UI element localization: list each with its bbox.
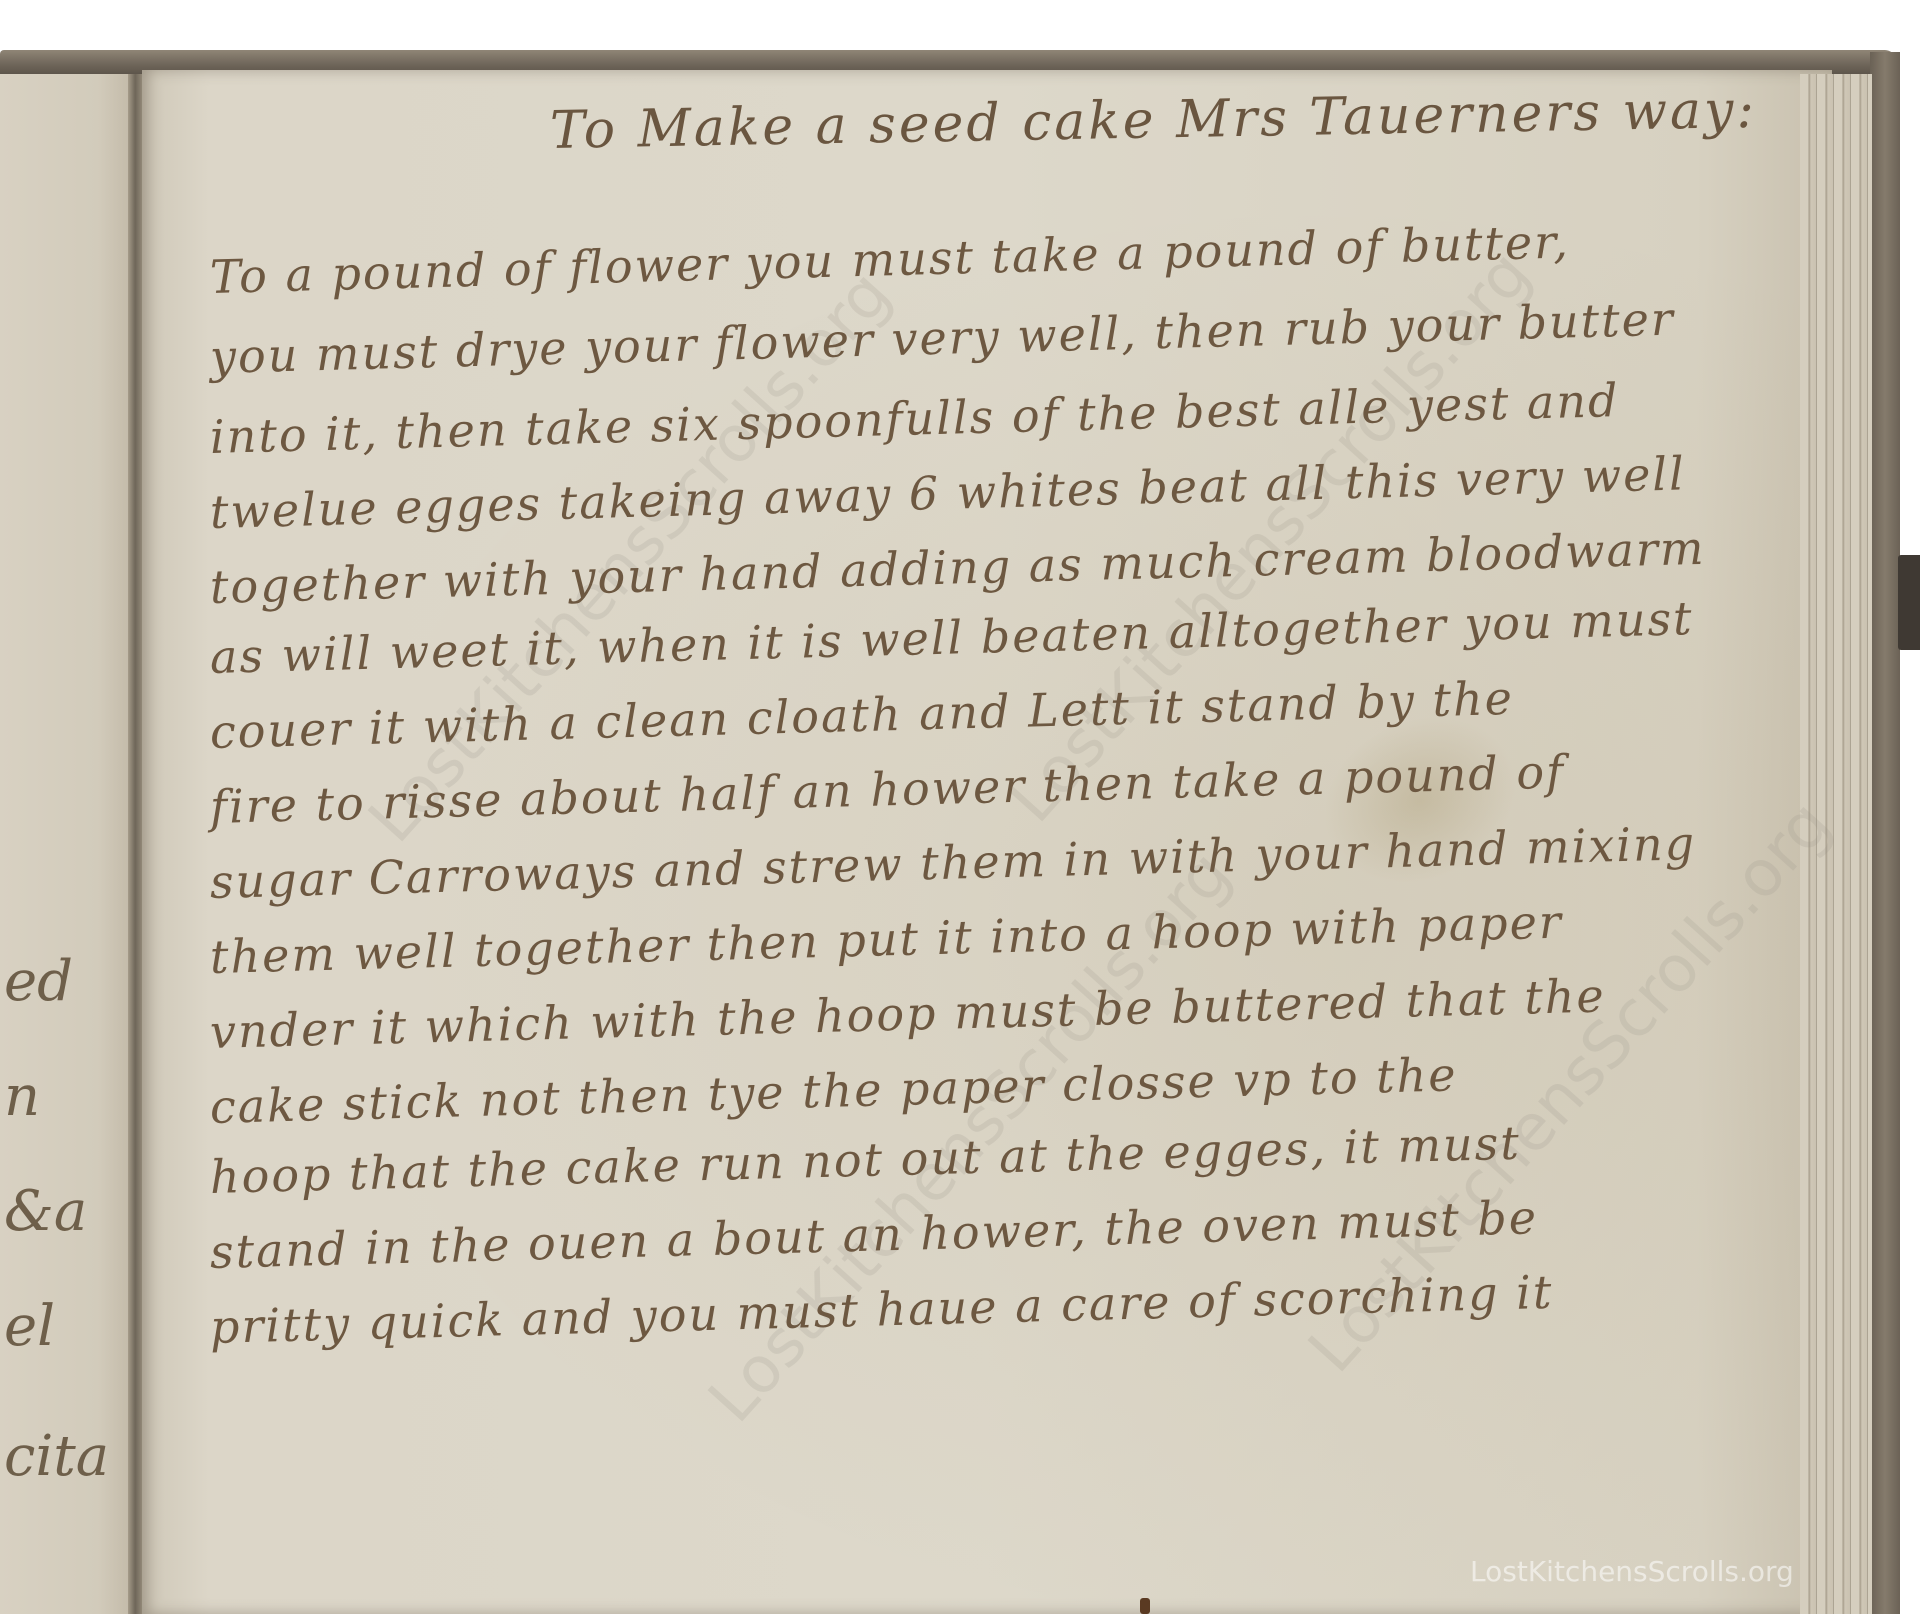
book-clasp — [1898, 555, 1920, 650]
left-page-fragment: &a — [4, 1184, 87, 1240]
left-page: ed n &a el cita — [0, 74, 140, 1614]
page-damage — [1140, 1598, 1150, 1614]
left-page-fragment: ed — [4, 954, 73, 1010]
left-page-fragment: el — [4, 1299, 55, 1355]
left-page-fragment: cita — [4, 1429, 109, 1485]
manuscript-scan: ed n &a el cita LostKitchensScrolls.org … — [0, 0, 1920, 1614]
left-page-fragment: n — [4, 1069, 40, 1125]
watermark-corner: LostKitchensScrolls.org — [1470, 1555, 1794, 1588]
page-fore-edge — [1800, 74, 1872, 1614]
book-cover-right-edge — [1870, 52, 1900, 1614]
